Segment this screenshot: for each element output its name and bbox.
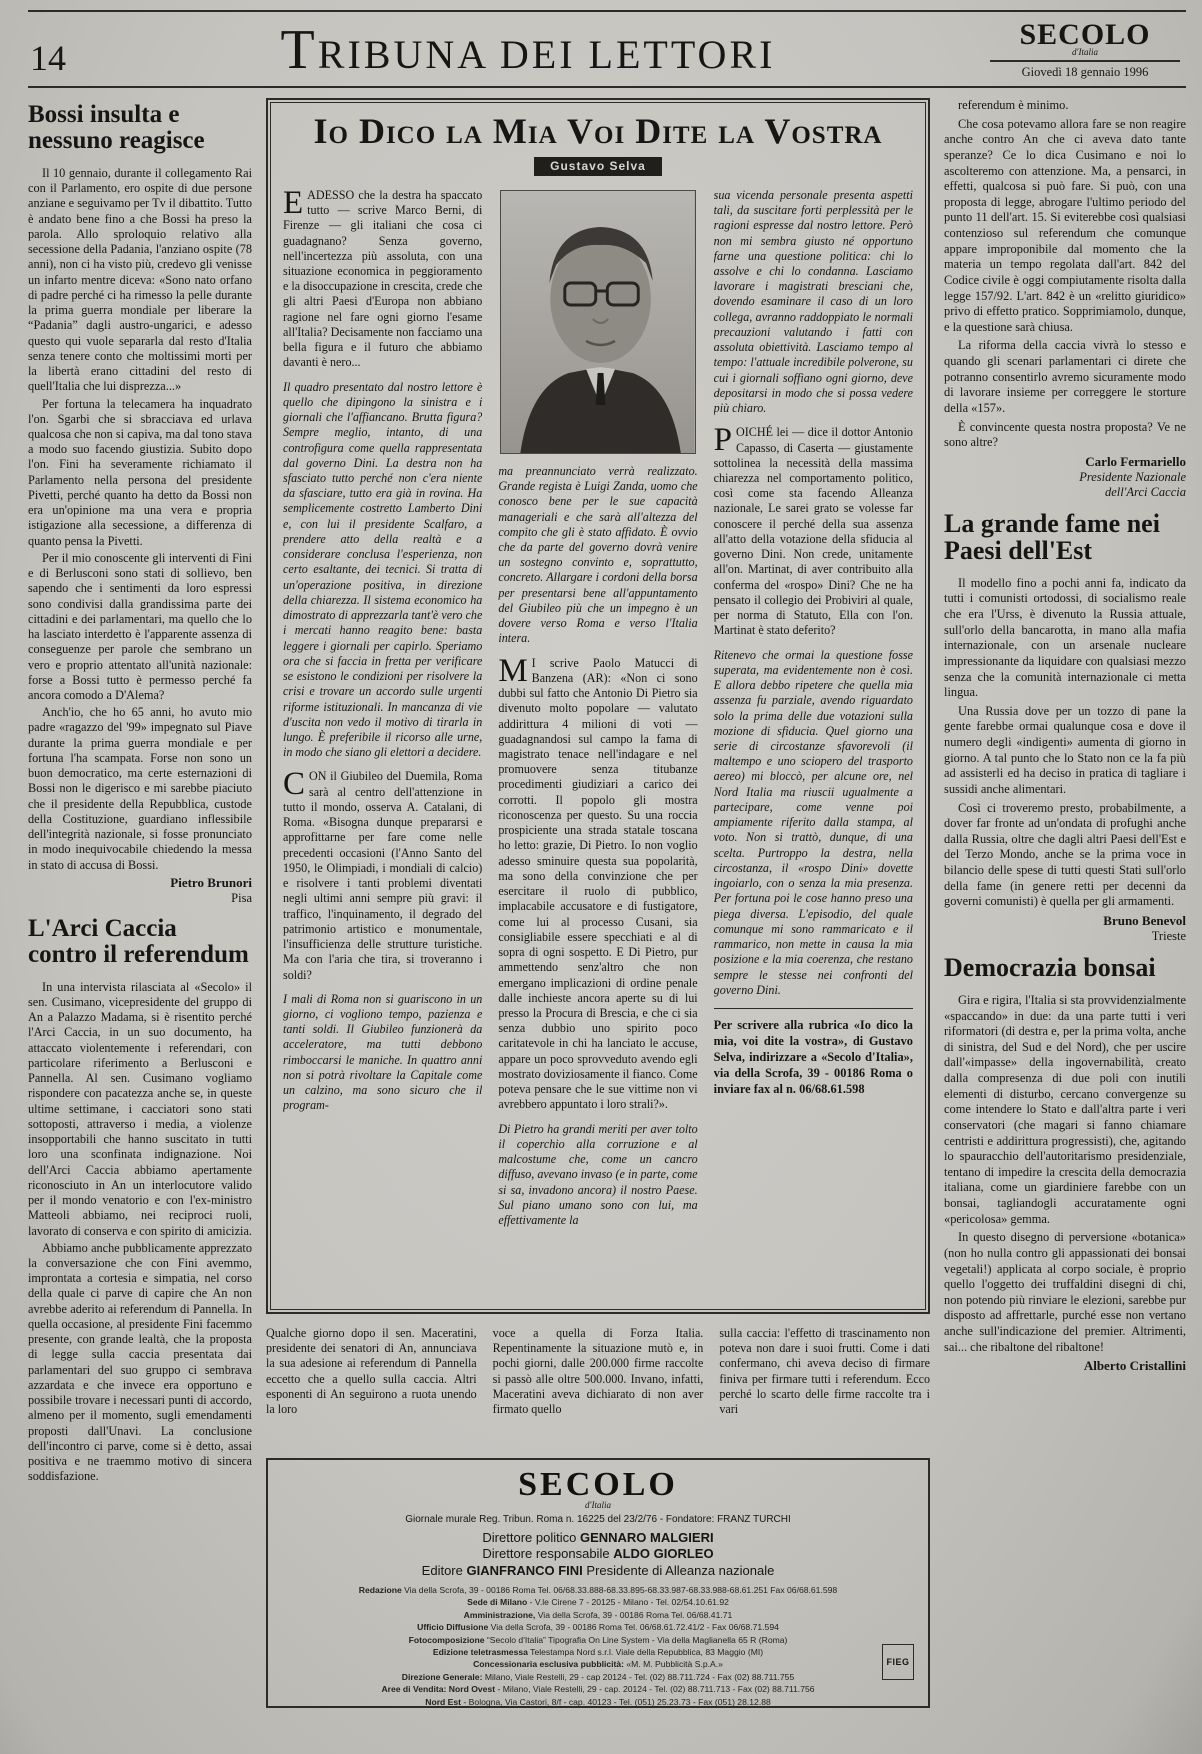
signature-role: dell'Arci Caccia [944, 485, 1186, 500]
continuation-column-1: Qualche giorno dopo il sen. Maceratini, … [266, 1326, 477, 1446]
article-arci-caccia: L'Arci Caccia contro il referendum In un… [28, 916, 252, 1485]
article-paragraph: Il modello fino a pochi anni fa, indicat… [944, 576, 1186, 701]
article-paragraph: Il 10 gennaio, durante il collegamento R… [28, 166, 252, 395]
article-arci-title: L'Arci Caccia contro il referendum [28, 916, 252, 968]
signature-place: Trieste [944, 929, 1186, 944]
director-line: Direttore politico GENNARO MALGIERI [280, 1530, 916, 1546]
signature: Bruno Benevol Trieste [944, 913, 1186, 944]
article-paragraph: Gira e rigira, l'Italia si sta provviden… [944, 993, 1186, 1227]
masthead-logo: SECOLO [990, 20, 1180, 50]
portrait-photo [500, 190, 695, 454]
colophon-logo: SECOLO [280, 1468, 916, 1502]
registration-line: Giornale murale Reg. Tribun. Roma n. 162… [280, 1514, 916, 1525]
continuation-column-3: sulla caccia: l'effetto di trascinamento… [719, 1326, 930, 1446]
dropcap-initial: C [283, 769, 309, 797]
article-paragraph: Una Russia dove per un tozzo di pane la … [944, 704, 1186, 798]
newspaper-page: 14 TRIBUNA DEI LETTORI SECOLO d'Italia G… [0, 0, 1202, 1754]
colophon-box: SECOLO d'Italia Giornale murale Reg. Tri… [266, 1458, 930, 1708]
column-opening-fragment: referendum è minimo. [944, 98, 1186, 114]
feature-column-3: sua vicenda personale presenta aspetti t… [714, 188, 913, 1286]
signature-place: Pisa [28, 891, 252, 906]
colophon-details: Redazione Via della Scrofa, 39 - 00186 R… [280, 1584, 916, 1708]
colophon-line: Direzione Generale: Milano, Viale Restel… [280, 1671, 916, 1683]
colophon-line: Sede di Milano - V.le Cirene 7 - 20125 -… [280, 1596, 916, 1608]
signature: Alberto Cristallini [944, 1358, 1186, 1374]
referendum-continuation: Qualche giorno dopo il sen. Maceratini, … [266, 1326, 930, 1446]
masthead-mini: SECOLO d'Italia Giovedì 18 gennaio 1996 [990, 20, 1180, 84]
colophon-line: Amministrazione, Via della Scrofa, 39 - … [280, 1609, 916, 1621]
colophon-line: Fotocomposizione “Secolo d'Italia” Tipog… [280, 1634, 916, 1646]
dropcap-initial: M [498, 656, 531, 684]
right-column: referendum è minimo. Che cosa potevamo a… [944, 98, 1186, 1728]
letter-paragraph: POICHÉ lei — dice il dottor Antonio Capa… [714, 425, 913, 638]
signature-role: Presidente Nazionale [944, 470, 1186, 485]
page-body: Bossi insulta e nessuno reagisce Il 10 g… [28, 98, 1186, 1728]
letters-feature-box: Io Dico la Mia Voi Dite la Vostra Gustav… [266, 98, 930, 1314]
article-paragraph: La riforma della caccia vivrà lo stesso … [944, 338, 1186, 416]
center-column: Io Dico la Mia Voi Dite la Vostra Gustav… [266, 98, 930, 1728]
article-paragraph: Così ci troveremo presto, probabilmente,… [944, 801, 1186, 910]
reply-paragraph: Di Pietro ha grandi meriti per aver tolt… [498, 1122, 697, 1229]
article-bossi: Bossi insulta e nessuno reagisce Il 10 g… [28, 102, 252, 906]
article-bonsai-title: Democrazia bonsai [944, 954, 1186, 981]
colophon-line: Edizione teletrasmessa Telestampa Nord s… [280, 1646, 916, 1658]
colophon-line: Aree di Vendita: Nord Ovest - Milano, Vi… [280, 1683, 916, 1695]
responsible-line: Direttore responsabile ALDO GIORLEO [280, 1546, 916, 1562]
fieg-logo: FIEG [882, 1644, 914, 1680]
dropcap-initial: P [714, 425, 736, 453]
colophon-line: Nord Est - Bologna, Via Castori, 8/f - c… [280, 1696, 916, 1708]
issue-date: Giovedì 18 gennaio 1996 [990, 60, 1180, 84]
editor-line: Editore GIANFRANCO FINI Presidente di Al… [280, 1563, 916, 1579]
reply-paragraph: ma preannunciato verrà realizzato. Grand… [498, 464, 697, 647]
letter-paragraph: EADESSO che la destra ha spaccato tutto … [283, 188, 482, 371]
signature: Carlo Fermariello Presidente Nazionale d… [944, 454, 1186, 500]
section-title-initial: T [281, 19, 318, 81]
arci-reply-end: referendum è minimo. Che cosa potevamo a… [944, 98, 1186, 500]
article-grande-fame: La grande fame nei Paesi dell'Est Il mod… [944, 510, 1186, 944]
dropcap-initial: E [283, 188, 307, 216]
article-democrazia-bonsai: Democrazia bonsai Gira e rigira, l'Itali… [944, 954, 1186, 1374]
letter-paragraph: MI scrive Paolo Matucci di Banzena (AR):… [498, 656, 697, 1113]
signature: Pietro Brunori Pisa [28, 875, 252, 906]
reply-paragraph: Ritenevo che ormai la questione fosse su… [714, 648, 913, 998]
feature-byline: Gustavo Selva [534, 157, 662, 176]
article-paragraph: In questo disegno di perversione «botani… [944, 1230, 1186, 1355]
section-title: TRIBUNA DEI LETTORI [281, 22, 776, 84]
left-column: Bossi insulta e nessuno reagisce Il 10 g… [28, 98, 252, 1728]
article-bossi-title: Bossi insulta e nessuno reagisce [28, 102, 252, 154]
page-number: 14 [30, 40, 66, 84]
feature-headline: Io Dico la Mia Voi Dite la Vostra [283, 113, 913, 151]
article-paragraph: Abbiamo anche pubblicamente apprezzato l… [28, 1241, 252, 1485]
signature-name: Carlo Fermariello [944, 454, 1186, 470]
reply-paragraph: sua vicenda personale presenta aspetti t… [714, 188, 913, 417]
colophon-line: Concessionaria esclusiva pubblicità: «M.… [280, 1658, 916, 1670]
article-paragraph: È convincente questa nostra proposta? Ve… [944, 420, 1186, 451]
article-paragraph: Per fortuna la telecamera ha inquadrato … [28, 397, 252, 549]
article-paragraph: In una intervista rilasciata al «Secolo»… [28, 980, 252, 1239]
colophon-line: Redazione Via della Scrofa, 39 - 00186 R… [280, 1584, 916, 1596]
article-paragraph: Anch'io, che ho 65 anni, ho avuto mio pa… [28, 705, 252, 873]
article-paragraph: Per il mio conoscente gli interventi di … [28, 551, 252, 703]
section-title-rest: RIBUNA DEI LETTORI [318, 32, 776, 77]
article-paragraph: Che cosa potevamo allora fare se non rea… [944, 117, 1186, 336]
letter-paragraph: CON il Giubileo del Duemila, Roma sarà a… [283, 769, 482, 982]
feature-column-1: EADESSO che la destra ha spaccato tutto … [283, 188, 482, 1286]
rubrica-address-note: Per scrivere alla rubrica «Io dico la mi… [714, 1008, 913, 1098]
feature-column-2: ma preannunciato verrà realizzato. Grand… [498, 188, 697, 1286]
article-fame-title: La grande fame nei Paesi dell'Est [944, 510, 1186, 564]
colophon-logo-sub: d'Italia [280, 1500, 916, 1510]
signature-name: Bruno Benevol [944, 913, 1186, 929]
continuation-column-2: voce a quella di Forza Italia. Repentina… [493, 1326, 704, 1446]
reply-paragraph: I mali di Roma non si guariscono in un g… [283, 992, 482, 1114]
signature-name: Pietro Brunori [28, 875, 252, 891]
reply-paragraph: Il quadro presentato dal nostro lettore … [283, 380, 482, 761]
colophon-line: Ufficio Diffusione Via della Scrofa, 39 … [280, 1621, 916, 1633]
signature-name: Alberto Cristallini [944, 1358, 1186, 1374]
page-header: 14 TRIBUNA DEI LETTORI SECOLO d'Italia G… [28, 10, 1186, 88]
